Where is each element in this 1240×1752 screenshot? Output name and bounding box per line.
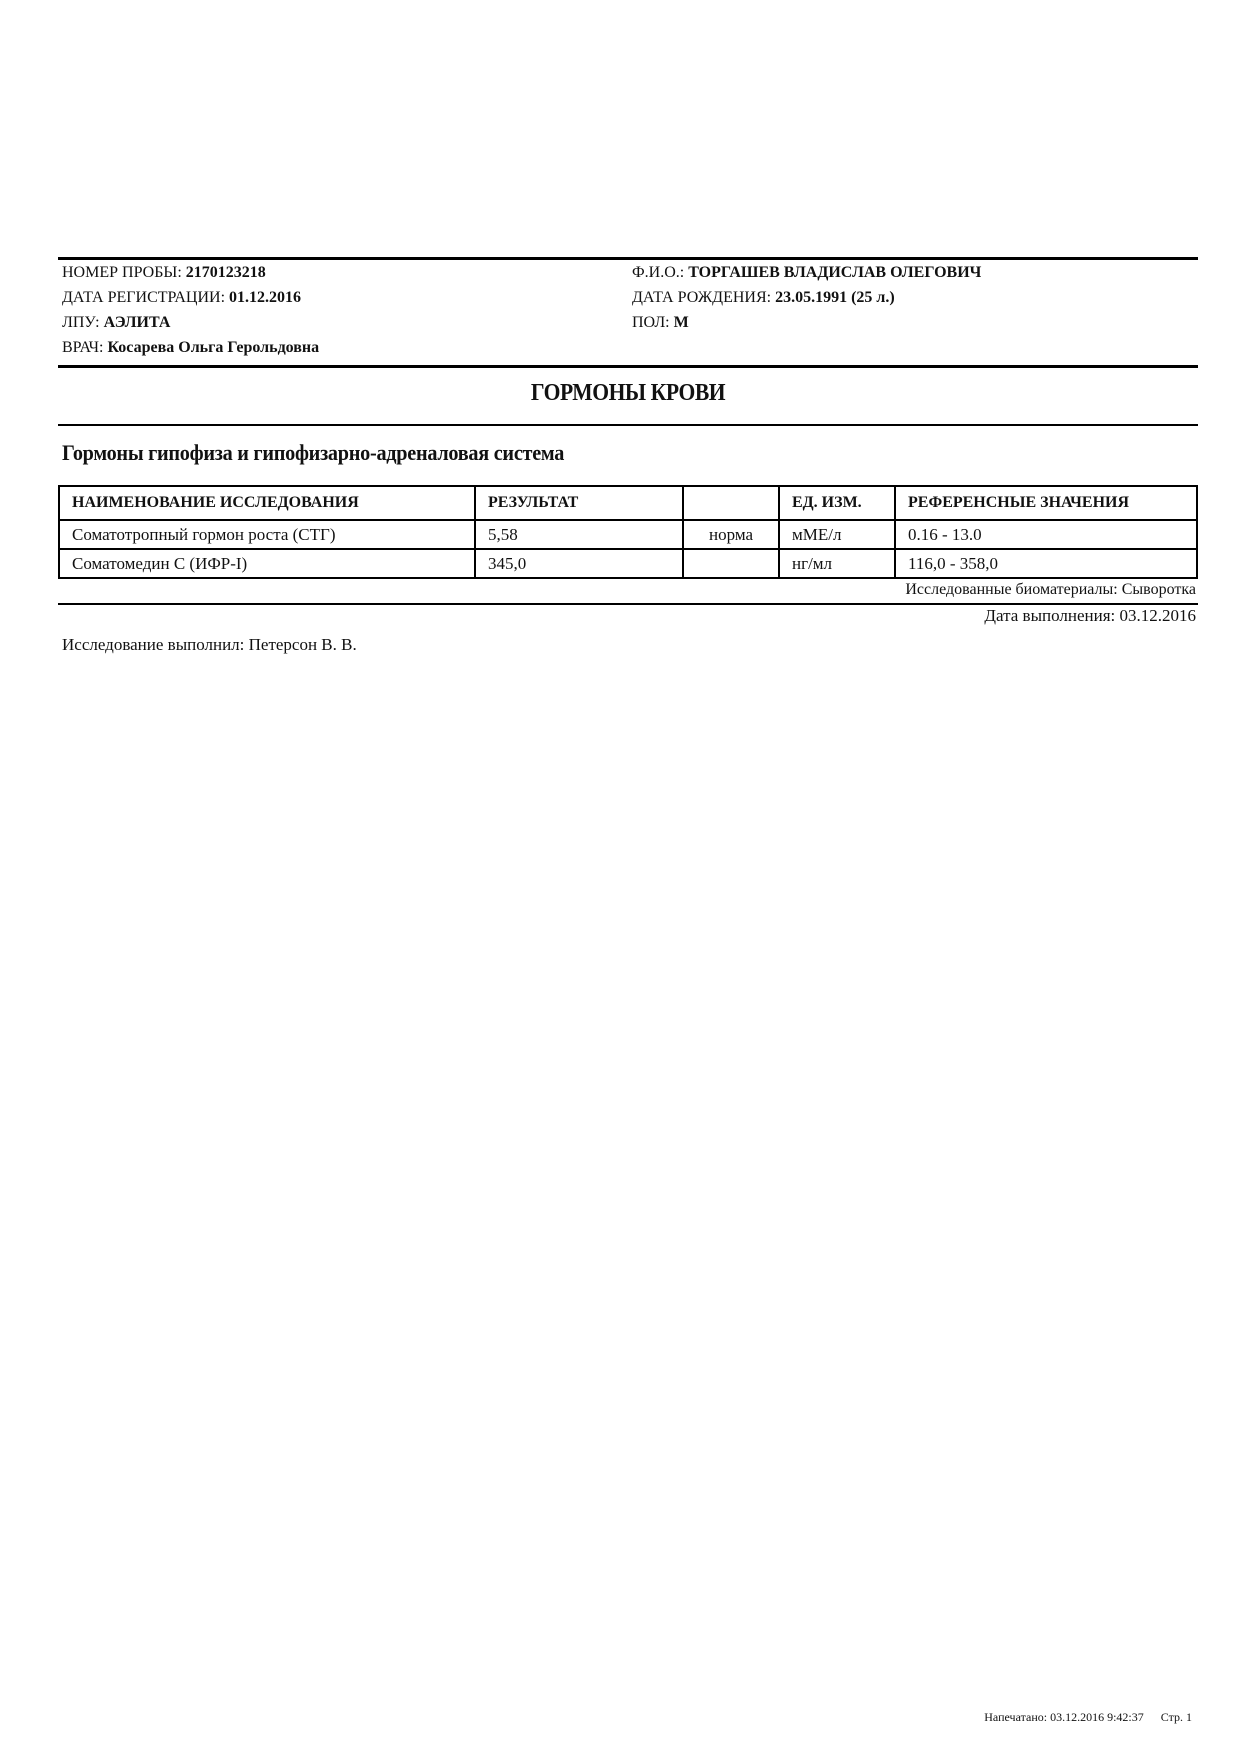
page-number: Стр. 1 bbox=[1161, 1710, 1192, 1724]
section-title: Гормоны гипофиза и гипофизарно-адреналов… bbox=[62, 440, 564, 466]
sex: ПОЛ: М bbox=[632, 310, 981, 335]
printed-timestamp: Напечатано: 03.12.2016 9:42:37 bbox=[984, 1710, 1143, 1724]
patient-info: Ф.И.О.: ТОРГАШЕВ ВЛАДИСЛАВ ОЛЕГОВИЧ ДАТА… bbox=[632, 260, 981, 335]
biomaterials: Исследованные биоматериалы: Сыворотка bbox=[905, 581, 1196, 599]
col-reference: РЕФЕРЕНСНЫЕ ЗНАЧЕНИЯ bbox=[895, 486, 1197, 520]
sample-number: НОМЕР ПРОБЫ: 2170123218 bbox=[62, 260, 319, 285]
doctor: ВРАЧ: Косарева Ольга Герольдовна bbox=[62, 335, 319, 360]
title-rule bbox=[58, 424, 1198, 426]
table-row: Соматотропный гормон роста (СТГ) 5,58 но… bbox=[59, 520, 1197, 549]
result-value: 5,58 bbox=[475, 520, 683, 549]
table-header-row: НАИМЕНОВАНИЕ ИССЛЕДОВАНИЯ РЕЗУЛЬТАТ ЕД. … bbox=[59, 486, 1197, 520]
test-name: Соматомедин С (ИФР-I) bbox=[59, 549, 475, 578]
print-footer: Напечатано: 03.12.2016 9:42:37 Стр. 1 bbox=[970, 1710, 1192, 1725]
col-units: ЕД. ИЗМ. bbox=[779, 486, 895, 520]
patient-name: Ф.И.О.: ТОРГАШЕВ ВЛАДИСЛАВ ОЛЕГОВИЧ bbox=[632, 260, 981, 285]
lab-report-page: НОМЕР ПРОБЫ: 2170123218 ДАТА РЕГИСТРАЦИИ… bbox=[0, 0, 1240, 1752]
report-title: ГОРМОНЫ КРОВИ bbox=[115, 380, 1141, 407]
reference-range: 0.16 - 13.0 bbox=[895, 520, 1197, 549]
performed-by: Исследование выполнил: Петерсон В. В. bbox=[62, 635, 357, 655]
registration-date: ДАТА РЕГИСТРАЦИИ: 01.12.2016 bbox=[62, 285, 319, 310]
completion-date: Дата выполнения: 03.12.2016 bbox=[984, 606, 1196, 626]
result-value: 345,0 bbox=[475, 549, 683, 578]
units: мМЕ/л bbox=[779, 520, 895, 549]
test-name: Соматотропный гормон роста (СТГ) bbox=[59, 520, 475, 549]
reference-range: 116,0 - 358,0 bbox=[895, 549, 1197, 578]
results-table: НАИМЕНОВАНИЕ ИССЛЕДОВАНИЯ РЕЗУЛЬТАТ ЕД. … bbox=[58, 485, 1198, 579]
table-bottom-rule bbox=[58, 603, 1198, 605]
result-flag: норма bbox=[683, 520, 779, 549]
table-row: Соматомедин С (ИФР-I) 345,0 нг/мл 116,0 … bbox=[59, 549, 1197, 578]
lpu: ЛПУ: АЭЛИТА bbox=[62, 310, 319, 335]
sample-info: НОМЕР ПРОБЫ: 2170123218 ДАТА РЕГИСТРАЦИИ… bbox=[62, 260, 319, 360]
header-bottom-rule bbox=[58, 365, 1198, 368]
col-result: РЕЗУЛЬТАТ bbox=[475, 486, 683, 520]
result-flag bbox=[683, 549, 779, 578]
units: нг/мл bbox=[779, 549, 895, 578]
col-flag bbox=[683, 486, 779, 520]
col-test-name: НАИМЕНОВАНИЕ ИССЛЕДОВАНИЯ bbox=[59, 486, 475, 520]
birth-date: ДАТА РОЖДЕНИЯ: 23.05.1991 (25 л.) bbox=[632, 285, 981, 310]
